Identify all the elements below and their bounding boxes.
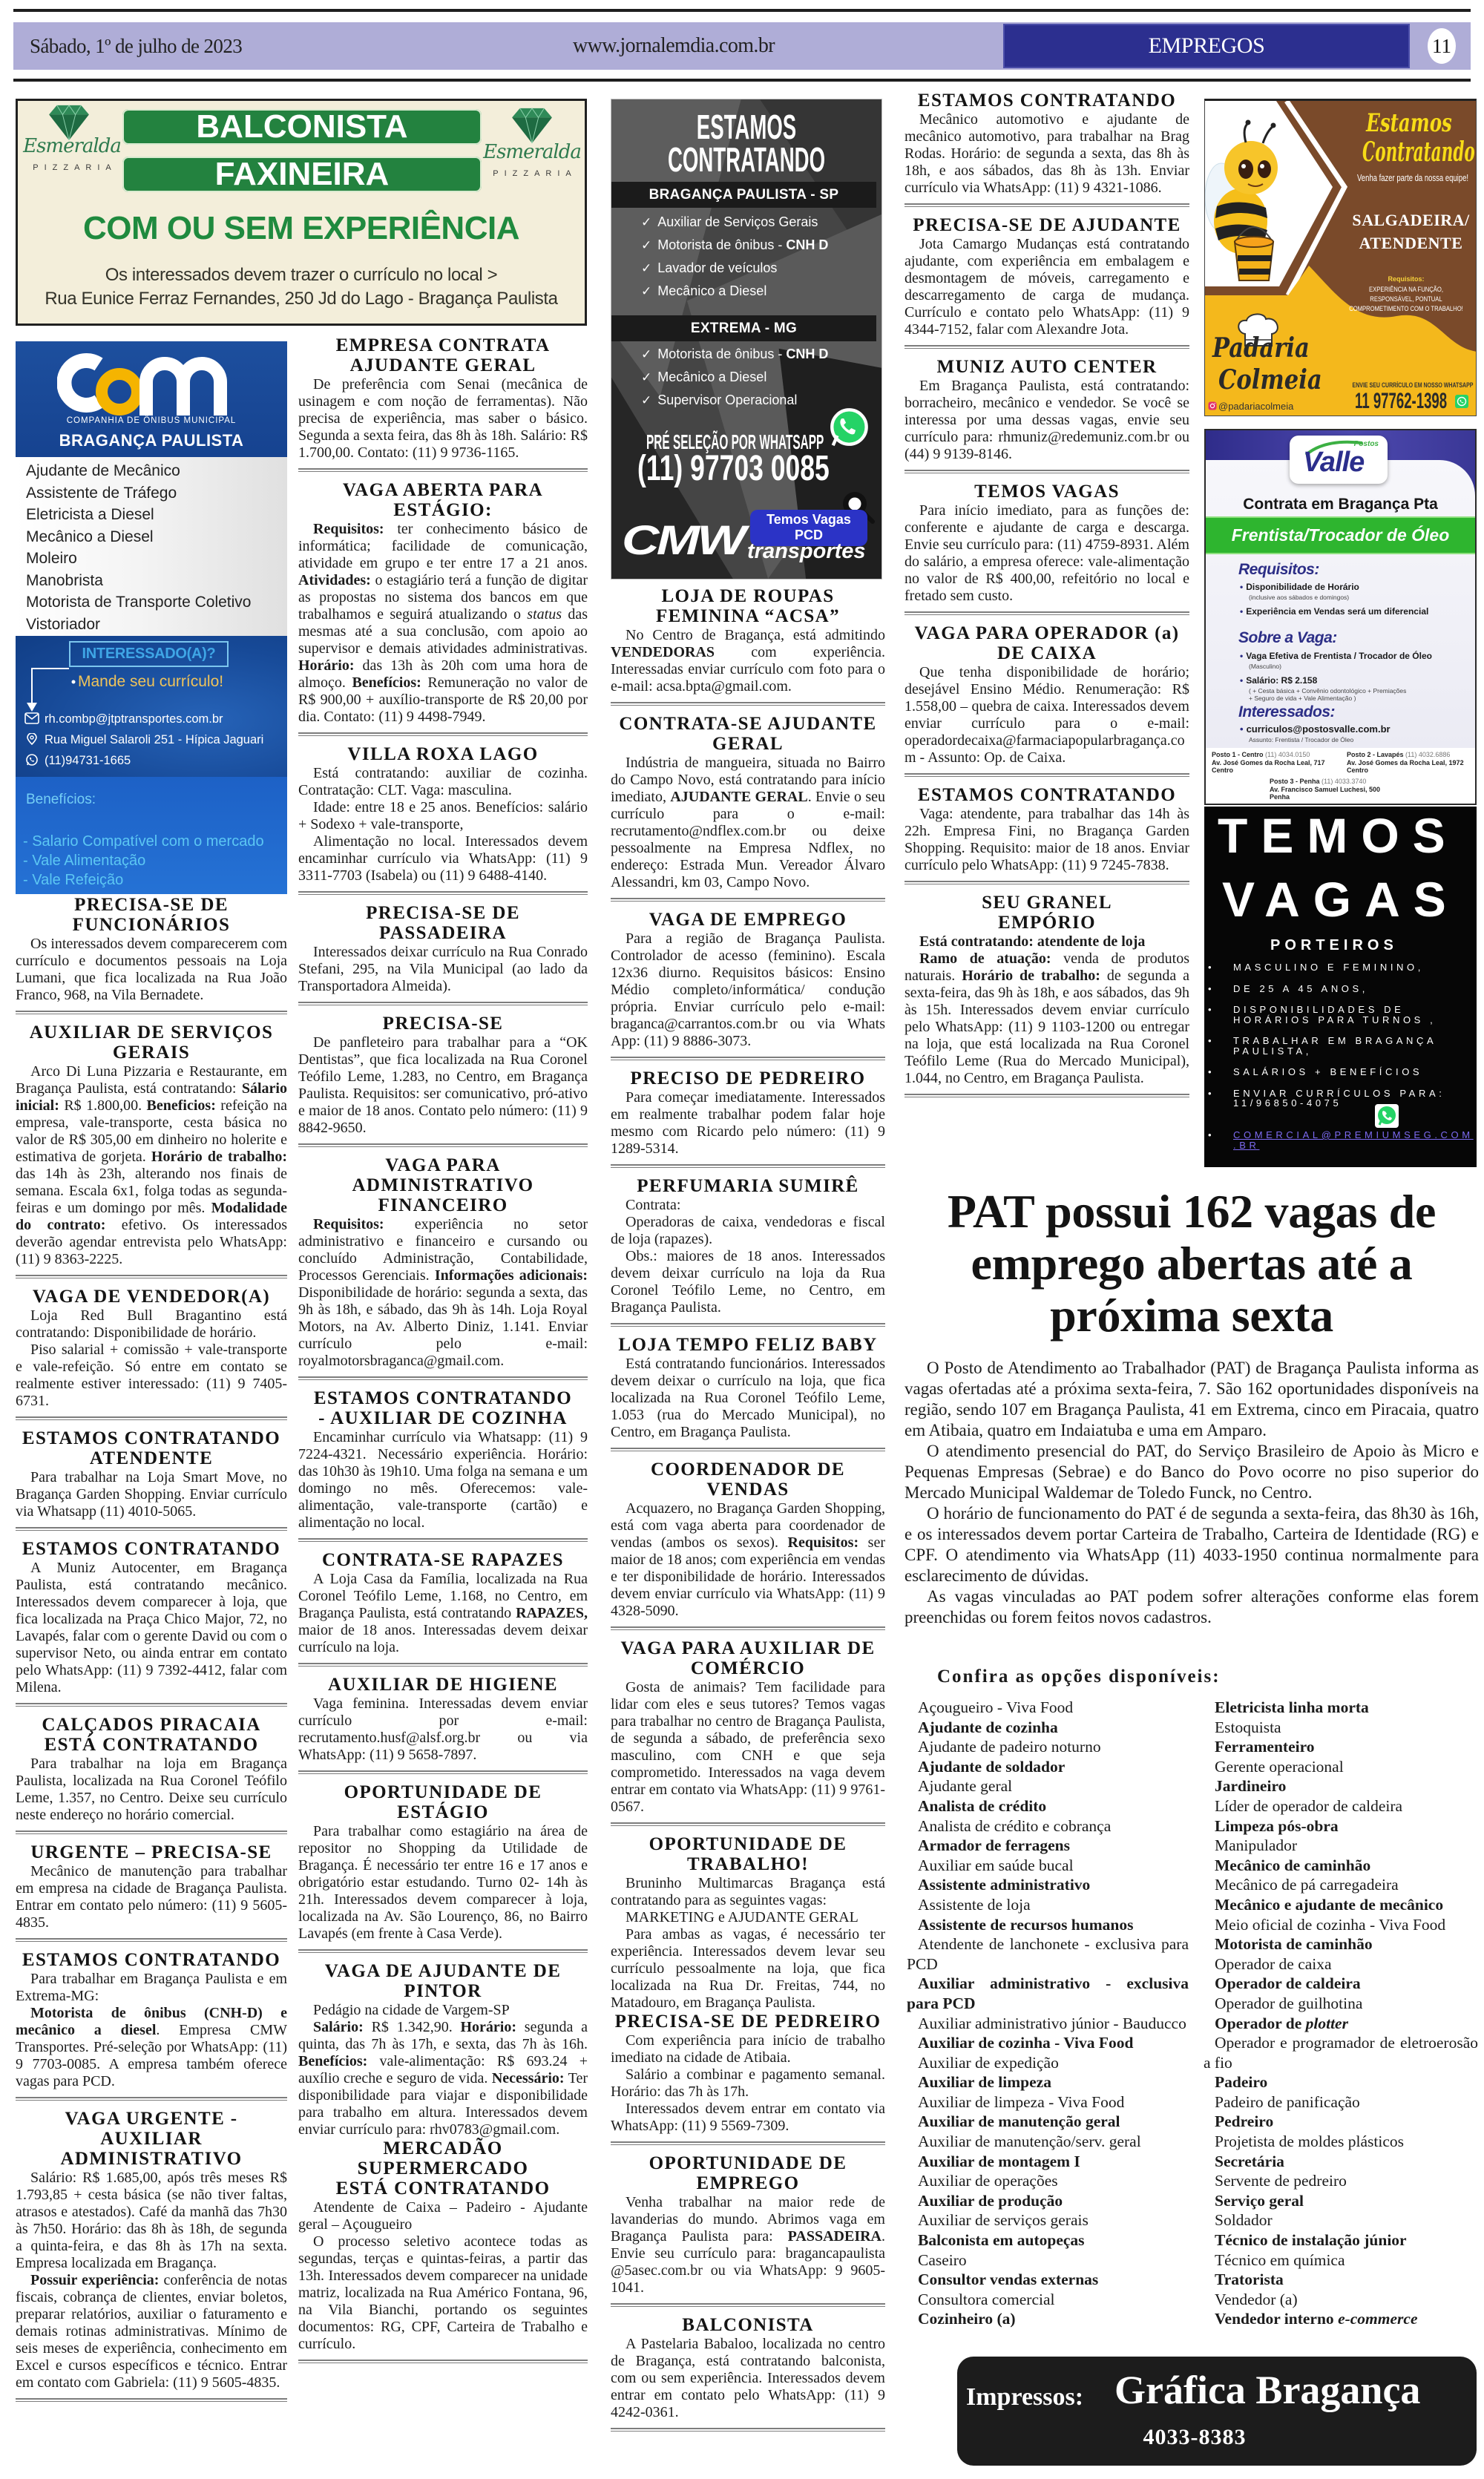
text-run: Auxiliar de expedição bbox=[918, 2054, 1059, 2072]
separator-rule bbox=[16, 1703, 287, 1707]
job-option: Auxiliar de manutenção/serv. geral bbox=[907, 2132, 1189, 2152]
classifieds-column-2: EMPRESA CONTRATA AJUDANTE GERALDe prefer… bbox=[298, 335, 588, 2475]
job-option: Caseiro bbox=[907, 2250, 1189, 2270]
about-item: •Vaga Efetiva de Frentista / Trocador de… bbox=[1240, 651, 1432, 661]
text-run: Eletricista linha morta bbox=[1215, 1698, 1369, 1716]
text-run: Para a região de Bragança Paulista. Cont… bbox=[611, 930, 885, 1049]
text-run: Servente de pedreiro bbox=[1215, 2172, 1347, 2190]
job-option: Auxiliar de limpeza - Viva Food bbox=[907, 2092, 1189, 2112]
separator-rule bbox=[904, 1094, 1189, 1097]
separator-rule bbox=[611, 898, 885, 902]
text-run: Horário: bbox=[298, 657, 355, 674]
job-listing: PRECISA-SE DE FUNCIONÁRIOSOs interessado… bbox=[16, 895, 287, 1004]
company-name: COMPANHIA DE ÔNIBUS MUNICIPAL bbox=[16, 416, 287, 425]
text-run: Em Bragança Paulista, está contratando: … bbox=[904, 378, 1189, 462]
position-title: Frentista/Trocador de Óleo bbox=[1232, 525, 1450, 545]
job-option: Cozinheiro (a) bbox=[907, 2309, 1189, 2329]
job-option: Operador de plotter bbox=[1204, 2014, 1478, 2034]
job-listing-text: A Pastelaria Babaloo, localizada no cent… bbox=[611, 2336, 885, 2421]
text-run: Operador de caldeira bbox=[1215, 1974, 1361, 1992]
text-run: DISPONIBILIDADES DE HORÁRIOS PARA TURNOS… bbox=[1233, 1004, 1436, 1025]
benefit-item: - Salario Compatível com o mercado bbox=[23, 832, 264, 851]
job-item: Manobrista bbox=[26, 570, 287, 592]
check-icon: ✓ bbox=[641, 215, 651, 229]
text-run: Mecânico de manutenção para trabalhar em… bbox=[16, 1863, 287, 1931]
job-banner-balconista: BALCONISTA bbox=[122, 109, 482, 145]
text-run: Horário: bbox=[460, 2019, 516, 2035]
job-option: Padeiro de panificação bbox=[1204, 2092, 1478, 2112]
phone-number: (11) 97703 0085 bbox=[637, 451, 830, 487]
text-run: ENVIAR CURRÍCULOS PARA: 11/96850-4075 bbox=[1233, 1088, 1445, 1109]
text-run: Está contratando funcionários. Interessa… bbox=[611, 1356, 885, 1440]
text-run: Mecânico a Diesel bbox=[657, 283, 766, 298]
check-icon: ✓ bbox=[641, 370, 651, 384]
text-run: Está contratando: atendente de loja bbox=[919, 933, 1145, 950]
headline: VAGAS bbox=[1222, 873, 1460, 925]
check-icon: ✓ bbox=[641, 347, 651, 361]
text-run: Secretária bbox=[1215, 2153, 1284, 2170]
check-icon: ✓ bbox=[641, 284, 651, 298]
job-listing-title: VAGA DE VENDEDOR(A) bbox=[16, 1287, 287, 1307]
job-listing-title: LOJA TEMPO FELIZ BABY bbox=[611, 1335, 885, 1355]
text-run: Mecânico de caminhão bbox=[1215, 1856, 1370, 1874]
job-item: Moleiro bbox=[26, 548, 287, 570]
job-option: Ajudante de cozinha bbox=[907, 1718, 1189, 1738]
job-listing-text: Interessados deixar currículo na Rua Con… bbox=[298, 944, 588, 995]
location-pin-icon bbox=[24, 733, 39, 745]
job-option: Serviço geral bbox=[1204, 2191, 1478, 2211]
email-text: rh.combp@jtptransportes.com.br bbox=[45, 712, 223, 726]
position-title: PORTEIROS bbox=[1270, 937, 1398, 954]
text-run: Salário: R$ 1.685,00, após três meses R$… bbox=[16, 2170, 287, 2271]
text-run: de segunda a sexta-feira, das 9h às 18h,… bbox=[904, 968, 1189, 1086]
bullet-icon: • bbox=[1240, 606, 1243, 617]
separator-rule bbox=[611, 2141, 885, 2145]
text-run: Auxiliar de serviços gerais bbox=[918, 2211, 1089, 2229]
station-district: Penha bbox=[1270, 793, 1380, 801]
about-item: •Salário: R$ 2.158 bbox=[1240, 675, 1317, 686]
text-run: Pedreiro bbox=[1215, 2112, 1273, 2130]
options-heading: Confira as opções disponíveis: bbox=[937, 1667, 1221, 1687]
text-run: Supervisor Operacional bbox=[657, 393, 797, 407]
job-option: Pedreiro bbox=[1204, 2112, 1478, 2132]
station-address: Av. José Gomes da Rocha Leal, 1972 bbox=[1347, 759, 1464, 767]
text-run: Motorista de Transporte Coletivo bbox=[26, 594, 251, 611]
job-item: Eletricista a Diesel bbox=[26, 504, 287, 526]
job-listing: MUNIZ AUTO CENTEREm Bragança Paulista, e… bbox=[904, 357, 1189, 463]
job-listing: SEU GRANEL EMPÓRIOEstá contratando: aten… bbox=[904, 893, 1189, 1087]
benefits-section: Benefícios: - Salario Compatível com o m… bbox=[16, 777, 287, 894]
separator-rule bbox=[611, 1626, 885, 1630]
job-listing: PRECISA-SE DE PASSADEIRAInteressados dei… bbox=[298, 903, 588, 995]
job-listing: ESTAMOS CONTRATANDOMecânico automotivo e… bbox=[904, 91, 1189, 197]
job-listing-title: URGENTE – PRECISA-SE bbox=[16, 1842, 287, 1862]
job-listing: URGENTE – PRECISA-SEMecânico de manutenç… bbox=[16, 1842, 287, 1931]
phone-row: (11)94731-1665 bbox=[24, 754, 131, 768]
job-listing-text: Alimentação no local. Interessados devem… bbox=[298, 833, 588, 884]
text-run: Auxiliar de manutenção/serv. geral bbox=[918, 2132, 1141, 2150]
job-listing-title: VAGA URGENTE - AUXILIAR ADMINISTRATIVO bbox=[16, 2109, 287, 2169]
brand-name: Esmeralda bbox=[22, 135, 122, 157]
requirement-item: •MASCULINO E FEMININO, bbox=[1208, 962, 1474, 973]
text-run: Pedágio na cidade de Vargem-SP bbox=[313, 2002, 510, 2018]
job-option: Mecânico de caminhão bbox=[1204, 1856, 1478, 1876]
requirement-item: •TRABALHAR EM BRAGANÇA PAULISTA, bbox=[1208, 1036, 1474, 1056]
job-option: Técnico de instalação júnior bbox=[1204, 2230, 1478, 2250]
whatsapp-icon bbox=[827, 407, 870, 450]
job-option: Líder de operador de caldeira bbox=[1204, 1796, 1478, 1816]
text-run: Motorista de ônibus - bbox=[657, 347, 786, 361]
job-listing: VAGA DE AJUDANTE DE PINTORPedágio na cid… bbox=[298, 1961, 588, 2138]
contact-label: Interessados: bbox=[1238, 703, 1335, 721]
text-run: - Vale Refeição bbox=[23, 872, 123, 888]
separator-rule bbox=[904, 203, 1189, 207]
requirement-note: (inclusive aos sábados e domingos) bbox=[1249, 594, 1408, 601]
separator-rule bbox=[904, 611, 1189, 615]
job-listing-text: De panfleteiro para trabalhar para a “OK… bbox=[298, 1034, 588, 1137]
job-option: Jardineiro bbox=[1204, 1776, 1478, 1796]
text-run: Auxiliar administrativo - exclusiva para… bbox=[907, 1974, 1189, 2012]
article-headline: PAT possui 162 vagas de emprego abertas … bbox=[904, 1186, 1479, 1342]
job-listing-text: Idade: entre 18 e 25 anos. Benefícios: s… bbox=[298, 799, 588, 833]
about-note: (Masculino) bbox=[1249, 663, 1408, 670]
brand-subtitle: PIZZARIA bbox=[22, 163, 122, 172]
requirements-label: Requisitos: bbox=[1238, 561, 1319, 579]
header-bottom-rule bbox=[13, 79, 1471, 82]
tagline: Venha fazer parte da nossa equipe! bbox=[1350, 173, 1474, 183]
job-listing-text: Gosta de animais? Tem facilidade para li… bbox=[611, 1679, 885, 1816]
instagram-icon bbox=[1208, 401, 1217, 410]
requirement-item: •DISPONIBILIDADES DE HORÁRIOS PARA TURNO… bbox=[1208, 1005, 1474, 1025]
job-listing-title: PERFUMARIA SUMIRÊ bbox=[611, 1176, 885, 1196]
text-run: Informações adicionais: bbox=[435, 1267, 588, 1284]
separator-rule bbox=[611, 1448, 885, 1451]
job-listing-text: Contrata: bbox=[611, 1197, 885, 1214]
text-run: Jardineiro bbox=[1215, 1777, 1286, 1795]
job-option: Gerente operacional bbox=[1204, 1757, 1478, 1777]
text-run: status bbox=[527, 606, 562, 623]
separator-rule bbox=[611, 1323, 885, 1327]
article-paragraph: O Posto de Atendimento ao Trabalhador (P… bbox=[904, 1358, 1479, 1441]
email-subject: Assunto: Frentista / Trocador de Óleo bbox=[1249, 736, 1408, 743]
text-run: Salário: bbox=[313, 2019, 364, 2035]
text-run: Piso salarial + comissão + vale-transpor… bbox=[16, 1342, 287, 1409]
text-run: Para trabalhar como estagiário na área d… bbox=[298, 1823, 588, 1942]
job-item: Motorista de Transporte Coletivo bbox=[26, 591, 287, 614]
job-option: Ajudante de soldador bbox=[907, 1757, 1189, 1777]
job-listing: ESTAMOS CONTRATANDO ATENDENTEPara trabal… bbox=[16, 1428, 287, 1520]
job-listing-title: COORDENADOR DE VENDAS bbox=[611, 1460, 885, 1500]
requirement-item: •DE 25 A 45 ANOS, bbox=[1208, 984, 1474, 994]
send-cv-text: Mande seu currículo! bbox=[78, 673, 223, 691]
cmw-logo: CMW bbox=[622, 519, 743, 561]
text-run: Requisitos: bbox=[313, 521, 384, 537]
job-item: ✓Motorista de ônibus - CNH D bbox=[641, 343, 828, 366]
separator-rule bbox=[16, 1011, 287, 1014]
cmw-logo-subtitle: transportes bbox=[747, 540, 866, 562]
job-listing-text: Salário: R$ 1.342,90. Horário: segunda a… bbox=[298, 2019, 588, 2138]
job-listing: BALCONISTAA Pastelaria Babaloo, localiza… bbox=[611, 2315, 885, 2421]
job-item: Assistente de Tráfego bbox=[26, 482, 287, 505]
text-run: Auxiliar de limpeza - Viva Food bbox=[918, 2093, 1124, 2111]
headline: ESTAMOS bbox=[666, 110, 827, 144]
salary-text: Salário: R$ 2.158 bbox=[1246, 675, 1317, 686]
separator-rule bbox=[298, 732, 588, 736]
text-run: Vendedor interno bbox=[1215, 2310, 1338, 2328]
job-option: Operador de caixa bbox=[1204, 1954, 1478, 1974]
valle-logo: Postos Valle bbox=[1290, 436, 1388, 484]
text-run: Atendente de Caixa – Padeiro - Ajudante … bbox=[298, 2199, 588, 2233]
text-run: Analista de crédito bbox=[918, 1797, 1046, 1815]
separator-rule bbox=[298, 2360, 588, 2363]
job-listing-title: AUXILIAR DE SERVIÇOS GERAIS bbox=[16, 1022, 287, 1063]
text-run: Ramo de atuação: bbox=[919, 950, 1051, 967]
text-run: Ajudante de padeiro noturno bbox=[918, 1738, 1101, 1756]
separator-rule bbox=[16, 2097, 287, 2101]
job-listing: VAGA ABERTA PARA ESTÁGIO:Requisitos: ter… bbox=[298, 480, 588, 726]
text-run: Para trabalhar na loja em Bragança Pauli… bbox=[16, 1756, 287, 1823]
job-listing-text: Bruninho Multimarcas Bragança está contr… bbox=[611, 1875, 885, 1909]
text-run: conferência de notas fiscais, cobrança d… bbox=[16, 2272, 287, 2391]
job-listing-text: Indústria de mangueira, situada no Bairr… bbox=[611, 755, 885, 891]
job-options-list-right: Eletricista linha mortaEstoquistaFerrame… bbox=[1204, 1698, 1478, 2329]
job-item: ✓Mecânico a Diesel bbox=[641, 280, 828, 303]
job-listing-text: Atendente de Caixa – Padeiro - Ajudante … bbox=[298, 2199, 588, 2233]
text-run: Necessário: bbox=[492, 2070, 565, 2086]
job-listing-title: VAGA PARA ADMINISTRATIVO FINANCEIRO bbox=[298, 1155, 588, 1215]
separator-rule bbox=[904, 345, 1189, 349]
job-option: Vendedor interno e-commerce bbox=[1204, 2309, 1478, 2329]
job-item: Vistoriador bbox=[26, 614, 287, 636]
send-cv-text: ENVIE SEU CURRÍCULO EM NOSSO WHATSAPP bbox=[1351, 381, 1474, 389]
job-listing-text: Para ambas as vagas, é necessário ter ex… bbox=[611, 1926, 885, 2012]
job-listing-text: Com experiência para início de trabalho … bbox=[611, 2032, 885, 2066]
text-run: Soldador bbox=[1215, 2211, 1273, 2229]
job-listing-text: Piso salarial + comissão + vale-transpor… bbox=[16, 1342, 287, 1410]
job-listing-text: A Muniz Autocenter, em Bragança Paulista… bbox=[16, 1560, 287, 1696]
classifieds-column-3: LOJA DE ROUPAS FEMININA “ACSA”No Centro … bbox=[611, 586, 885, 2475]
job-listing-text: Os interessados devem comparecerem com c… bbox=[16, 936, 287, 1004]
text-run: O processo seletivo acontece todas as se… bbox=[298, 2233, 588, 2352]
job-listing: CALÇADOS PIRACAIA ESTÁ CONTRATANDOPara t… bbox=[16, 1715, 287, 1824]
text-run: Consultora comercial bbox=[918, 2291, 1054, 2308]
printer-phone: 4033-8383 bbox=[957, 2425, 1432, 2450]
job-listing: VAGA DE EMPREGOPara a região de Bragança… bbox=[611, 910, 885, 1050]
text-run: Manipulador bbox=[1215, 1836, 1297, 1854]
job-option: Auxiliar de expedição bbox=[907, 2053, 1189, 2073]
job-listing-title: VAGA PARA OPERADOR (a) DE CAIXA bbox=[904, 623, 1189, 663]
text-run: Ajudante de soldador bbox=[918, 1758, 1065, 1776]
job-list: Ajudante de MecânicoAssistente de Tráfeg… bbox=[16, 457, 287, 636]
text-run: CNH D bbox=[786, 347, 828, 361]
job-listing-title: OPORTUNIDADE DE TRABALHO! bbox=[611, 1834, 885, 1874]
job-listing: LOJA TEMPO FELIZ BABYEstá contratando fu… bbox=[611, 1335, 885, 1441]
text-run: Caseiro bbox=[918, 2251, 967, 2269]
job-option: Balconista em autopeças bbox=[907, 2230, 1189, 2250]
text-run: Bruninho Multimarcas Bragança está contr… bbox=[611, 1875, 885, 1908]
job-listing-text: Salário a combinar e pagamento semanal. … bbox=[611, 2066, 885, 2101]
text-run: VENDEDORAS bbox=[611, 644, 715, 660]
text-run: Vistoriador bbox=[26, 616, 100, 633]
text-run: Padeiro de panificação bbox=[1215, 2093, 1360, 2111]
job-listing-text: Acquazero, no Bragança Garden Shopping, … bbox=[611, 1500, 885, 1620]
job-option: Padeiro bbox=[1204, 2072, 1478, 2092]
emerald-gem-icon bbox=[510, 107, 554, 144]
text-run: - Salario Compatível com o mercado bbox=[23, 833, 264, 850]
job-option: Operador de caldeira bbox=[1204, 1974, 1478, 1994]
text-run: Analista de crédito e cobrança bbox=[918, 1817, 1111, 1835]
job-listing-title: CALÇADOS PIRACAIA ESTÁ CONTRATANDO bbox=[16, 1715, 287, 1755]
job-option: Mecânico e ajudante de mecânico bbox=[1204, 1895, 1478, 1915]
job-option: Ajudante geral bbox=[907, 1776, 1189, 1796]
requirements-list: •MASCULINO E FEMININO,•DE 25 A 45 ANOS,•… bbox=[1208, 962, 1474, 1120]
job-listing-text: Venha trabalhar na maior rede de lavande… bbox=[611, 2194, 885, 2296]
page-header-bar: Sábado, 1º de julho de 2023 www.jornalem… bbox=[13, 22, 1471, 70]
text-run: No Centro de Bragança, está admitindo bbox=[626, 627, 885, 643]
bullet-icon: • bbox=[1208, 1067, 1212, 1077]
job-banner-faxineira: FAXINEIRA bbox=[122, 157, 482, 192]
separator-rule bbox=[611, 1822, 885, 1826]
job-listing: VILLA ROXA LAGOEstá contratando: auxilia… bbox=[298, 744, 588, 884]
text-run: Consultor vendas externas bbox=[918, 2270, 1098, 2288]
text-run: Auxiliar administrativo júnior - Bauducc… bbox=[918, 2015, 1186, 2032]
job-listing: PRECISA-SE DE PEDREIROCom experiência pa… bbox=[611, 2012, 885, 2135]
job-listing: OPORTUNIDADE DE ESTÁGIOPara trabalhar co… bbox=[298, 1782, 588, 1943]
job-listing: PRECISA-SE DE AJUDANTEJota Camargo Mudan… bbox=[904, 215, 1189, 338]
separator-rule bbox=[298, 468, 588, 472]
job-option: Ferramenteiro bbox=[1204, 1737, 1478, 1757]
job-listing-text: Operadoras de caixa, vendedoras e fiscal… bbox=[611, 1214, 885, 1248]
text-run: Auxiliar de cozinha - Viva Food bbox=[918, 2034, 1133, 2052]
job-option: Meio oficial de cozinha - Viva Food bbox=[1204, 1915, 1478, 1935]
bullet-icon: • bbox=[1240, 723, 1244, 735]
text-run: Assistente de loja bbox=[918, 1896, 1031, 1914]
text-run: MARKETING e AJUDANTE GERAL bbox=[626, 1909, 858, 1925]
job-listing: VAGA URGENTE - AUXILIAR ADMINISTRATIVOSa… bbox=[16, 2109, 287, 2391]
job-item: Ajudante de Mecânico bbox=[26, 460, 287, 482]
requirement-text: Disponibilidade de Horário bbox=[1246, 582, 1359, 592]
job-listing: ESTAMOS CONTRATANDO - AUXILIAR DE COZINH… bbox=[298, 1388, 588, 1531]
station-1: Posto 1 - Centro (11) 4034.0150 Av. José… bbox=[1212, 751, 1325, 775]
job-listing-text: Para trabalhar em Bragança Paulista e em… bbox=[16, 1971, 287, 2005]
text-run: Padeiro bbox=[1215, 2073, 1267, 2091]
job-listing-title: CONTRATA-SE RAPAZES bbox=[298, 1550, 588, 1570]
job-listing-text: Possuir experiência: conferência de nota… bbox=[16, 2272, 287, 2391]
job-listing-text: Salário: R$ 1.685,00, após três meses R$… bbox=[16, 2170, 287, 2272]
headline: CONTRATANDO bbox=[666, 142, 827, 177]
job-option: Mecânico de pá carregadeira bbox=[1204, 1875, 1478, 1895]
job-item: ✓Supervisor Operacional bbox=[641, 389, 828, 412]
text-run: Motorista de caminhão bbox=[1215, 1935, 1373, 1953]
job-option: Manipulador bbox=[1204, 1836, 1478, 1856]
separator-rule bbox=[16, 1527, 287, 1531]
instagram-handle-row: @padariacolmeia bbox=[1208, 401, 1293, 412]
job-option: Auxiliar de manutenção geral bbox=[907, 2112, 1189, 2132]
text-run: A Pastelaria Babaloo, localizada no cent… bbox=[611, 2336, 885, 2420]
job-listing: VAGA DE VENDEDOR(A)Loja Red Bull Bragant… bbox=[16, 1287, 287, 1410]
job-listing-title: LOJA DE ROUPAS FEMININA “ACSA” bbox=[611, 586, 885, 626]
job-listing-text: Ramo de atuação: venda de produtos natur… bbox=[904, 950, 1189, 1087]
requirement-item: •Disponibilidade de Horário bbox=[1240, 582, 1359, 592]
job-listing-title: PRECISA-SE bbox=[298, 1014, 588, 1034]
job-listing-text: Requisitos: ter conhecimento básico de i… bbox=[298, 521, 588, 726]
separator-rule bbox=[298, 1770, 588, 1774]
text-run: RAPAZES, bbox=[516, 1605, 588, 1621]
headline: Contrata em Bragança Pta bbox=[1206, 496, 1475, 513]
text-run: De panfleteiro para trabalhar para a “OK… bbox=[298, 1034, 588, 1136]
article-paragraph: As vagas vinculadas ao PAT podem sofrer … bbox=[904, 1586, 1479, 1628]
job-listing-text: MARKETING e AJUDANTE GERAL bbox=[611, 1909, 885, 1926]
job-listing-title: OPORTUNIDADE DE EMPREGO bbox=[611, 2153, 885, 2193]
text-run: Assistente de Tráfego bbox=[26, 485, 177, 502]
separator-rule bbox=[904, 470, 1189, 473]
bee-mascot-icon bbox=[1205, 110, 1293, 288]
job-listing-title: EMPRESA CONTRATA AJUDANTE GERAL bbox=[298, 335, 588, 375]
job-listing-title: PRECISA-SE DE PEDREIRO bbox=[611, 2012, 885, 2032]
station-district: Centro bbox=[1212, 766, 1325, 775]
job-listing-title: VAGA ABERTA PARA ESTÁGIO: bbox=[298, 480, 588, 520]
job-listing-title: TEMOS VAGAS bbox=[904, 482, 1189, 502]
job-listing: AUXILIAR DE HIGIENEVaga feminina. Intere… bbox=[298, 1675, 588, 1764]
email-row: •COMERCIAL@PREMIUMSEG.COM.BR bbox=[1208, 1130, 1474, 1150]
classifieds-column-4: ESTAMOS CONTRATANDOMecânico automotivo e… bbox=[904, 91, 1189, 1175]
headline: Estamos bbox=[1353, 108, 1465, 138]
job-listing: CONTRATA-SE AJUDANTE GERALIndústria de m… bbox=[611, 714, 885, 891]
job-listing-title: MUNIZ AUTO CENTER bbox=[904, 357, 1189, 377]
text-run: Técnico em química bbox=[1215, 2251, 1345, 2269]
job-option: Auxiliar administrativo júnior - Bauducc… bbox=[907, 2014, 1189, 2034]
benefit-item: - Vale Alimentação bbox=[23, 851, 264, 870]
job-listing-text: De preferência com Senai (mecânica de us… bbox=[298, 376, 588, 462]
job-option: Ajudante de padeiro noturno bbox=[907, 1737, 1189, 1757]
requirements-label: Requisitos: bbox=[1350, 275, 1462, 283]
postos-valle-ad: Postos Valle Contrata em Bragança Pta Fr… bbox=[1204, 429, 1477, 805]
text-run: Para começar imediatamente. Interessados… bbox=[611, 1089, 885, 1157]
headline: TEMOS bbox=[1218, 810, 1459, 861]
job-listing: OPORTUNIDADE DE TRABALHO!Bruninho Multim… bbox=[611, 1834, 885, 2012]
text-run: Para início imediato, para as funções de… bbox=[904, 502, 1189, 604]
address-row: Rua Miguel Salaroli 251 - Hípica Jaguari bbox=[24, 733, 263, 747]
text-run: Atividades: bbox=[298, 572, 371, 588]
printer-name: Gráfica Bragança bbox=[1114, 2367, 1420, 2413]
job-listing-title: CONTRATA-SE AJUDANTE GERAL bbox=[611, 714, 885, 754]
job-listing-text: Vaga: atendente, para trabalhar das 14h … bbox=[904, 806, 1189, 874]
job-listing: ESTAMOS CONTRATANDOPara trabalhar em Bra… bbox=[16, 1950, 287, 2090]
text-run: Contrata: bbox=[626, 1197, 680, 1213]
phone-number: 11 97762-1398 bbox=[1355, 390, 1447, 413]
requirement-item: COMPROMETIMENTO COM O TRABALHO! bbox=[1346, 305, 1466, 312]
job-option: Auxiliar de limpeza bbox=[907, 2072, 1189, 2092]
job-listing-text: Está contratando: atendente de loja bbox=[904, 933, 1189, 950]
job-listing-text: Obs.: maiores de 18 anos. Interessados d… bbox=[611, 1248, 885, 1316]
about-text: Vaga Efetiva de Frentista / Trocador de … bbox=[1246, 651, 1432, 661]
text-run: Gosta de animais? Tem facilidade para li… bbox=[611, 1679, 885, 1815]
text-run: Para trabalhar em Bragança Paulista e em… bbox=[16, 1971, 287, 2004]
text-run: TRABALHAR EM BRAGANÇA PAULISTA, bbox=[1233, 1035, 1437, 1057]
job-listing-title: SEU GRANEL EMPÓRIO bbox=[904, 893, 1189, 933]
job-listing: TEMOS VAGASPara início imediato, para as… bbox=[904, 482, 1189, 605]
text-run: - Vale Alimentação bbox=[23, 853, 145, 869]
text-run: Meio oficial de cozinha - Viva Food bbox=[1215, 1916, 1445, 1934]
email-text: curriculos@postosvalle.com.br bbox=[1247, 723, 1391, 735]
text-run: R$ 1.800,00. bbox=[59, 1097, 147, 1114]
bullet-icon: • bbox=[1240, 675, 1243, 686]
separator-rule bbox=[16, 1830, 287, 1834]
text-run: Auxiliar de manutenção geral bbox=[918, 2112, 1120, 2130]
job-listing-title: PRECISO DE PEDREIRO bbox=[611, 1068, 885, 1089]
text-run: Motorista de ônibus - bbox=[657, 237, 786, 252]
separator-rule bbox=[298, 1376, 588, 1380]
